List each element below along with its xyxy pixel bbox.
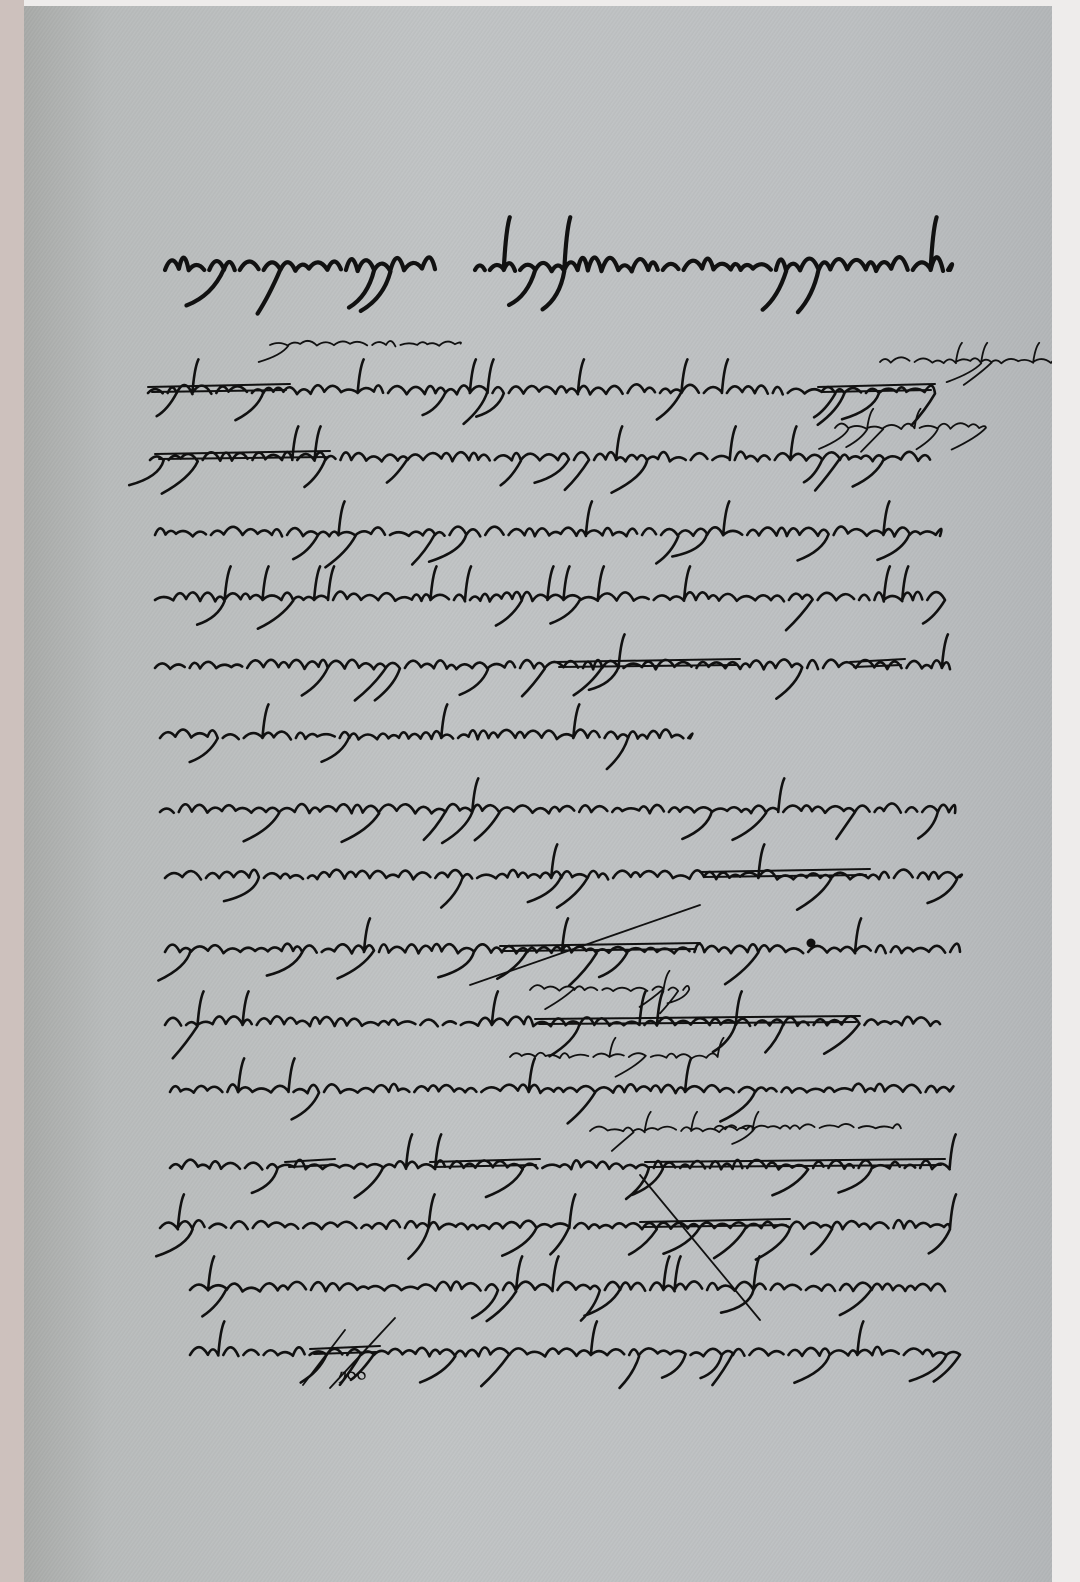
left-page-edge: [0, 0, 24, 1582]
handwriting-layer: ༡༠༠: [24, 6, 1052, 1582]
right-background: [1052, 0, 1080, 1582]
manuscript-page: ༡༠༠ ༡༠༠ Handwritten cursive Tibetan; ind…: [24, 6, 1052, 1582]
strikethrough-12-3: [645, 1159, 945, 1167]
script-line-15: [190, 1321, 960, 1388]
script-line-7: [160, 778, 955, 843]
correction-stroke: [640, 1175, 760, 1320]
interlinear-note-1-2: [880, 343, 1052, 385]
script-line-4: [155, 566, 945, 630]
script-line-1: [148, 359, 935, 425]
heading-segment-1: [165, 257, 440, 313]
script-line-13: [156, 1194, 956, 1259]
ink-dot-marker: [807, 939, 816, 948]
interlinear-note-12-2: [715, 1124, 906, 1144]
interlinear-note-12-1: [590, 1112, 758, 1151]
heading-segment-2: [475, 217, 952, 312]
script-line-5: [155, 634, 950, 700]
interlinear-note-1-3: [819, 409, 991, 452]
strikethrough-15-1: [310, 1346, 380, 1354]
script-line-6: [160, 704, 692, 769]
strikethrough-12-2: [430, 1159, 540, 1167]
script-line-8: [165, 844, 962, 909]
strikethrough-9-1: [500, 943, 700, 951]
script-line-11: [170, 1058, 953, 1123]
script-line-2: [129, 426, 930, 493]
script-line-14: [190, 1256, 945, 1321]
page-number-glyph: ༡༠༠: [338, 1368, 367, 1389]
interlinear-note-9-1: [530, 971, 689, 1014]
interlinear-note-1-1: [259, 341, 461, 362]
script-line-9: [158, 918, 960, 985]
script-line-3: [155, 501, 941, 567]
